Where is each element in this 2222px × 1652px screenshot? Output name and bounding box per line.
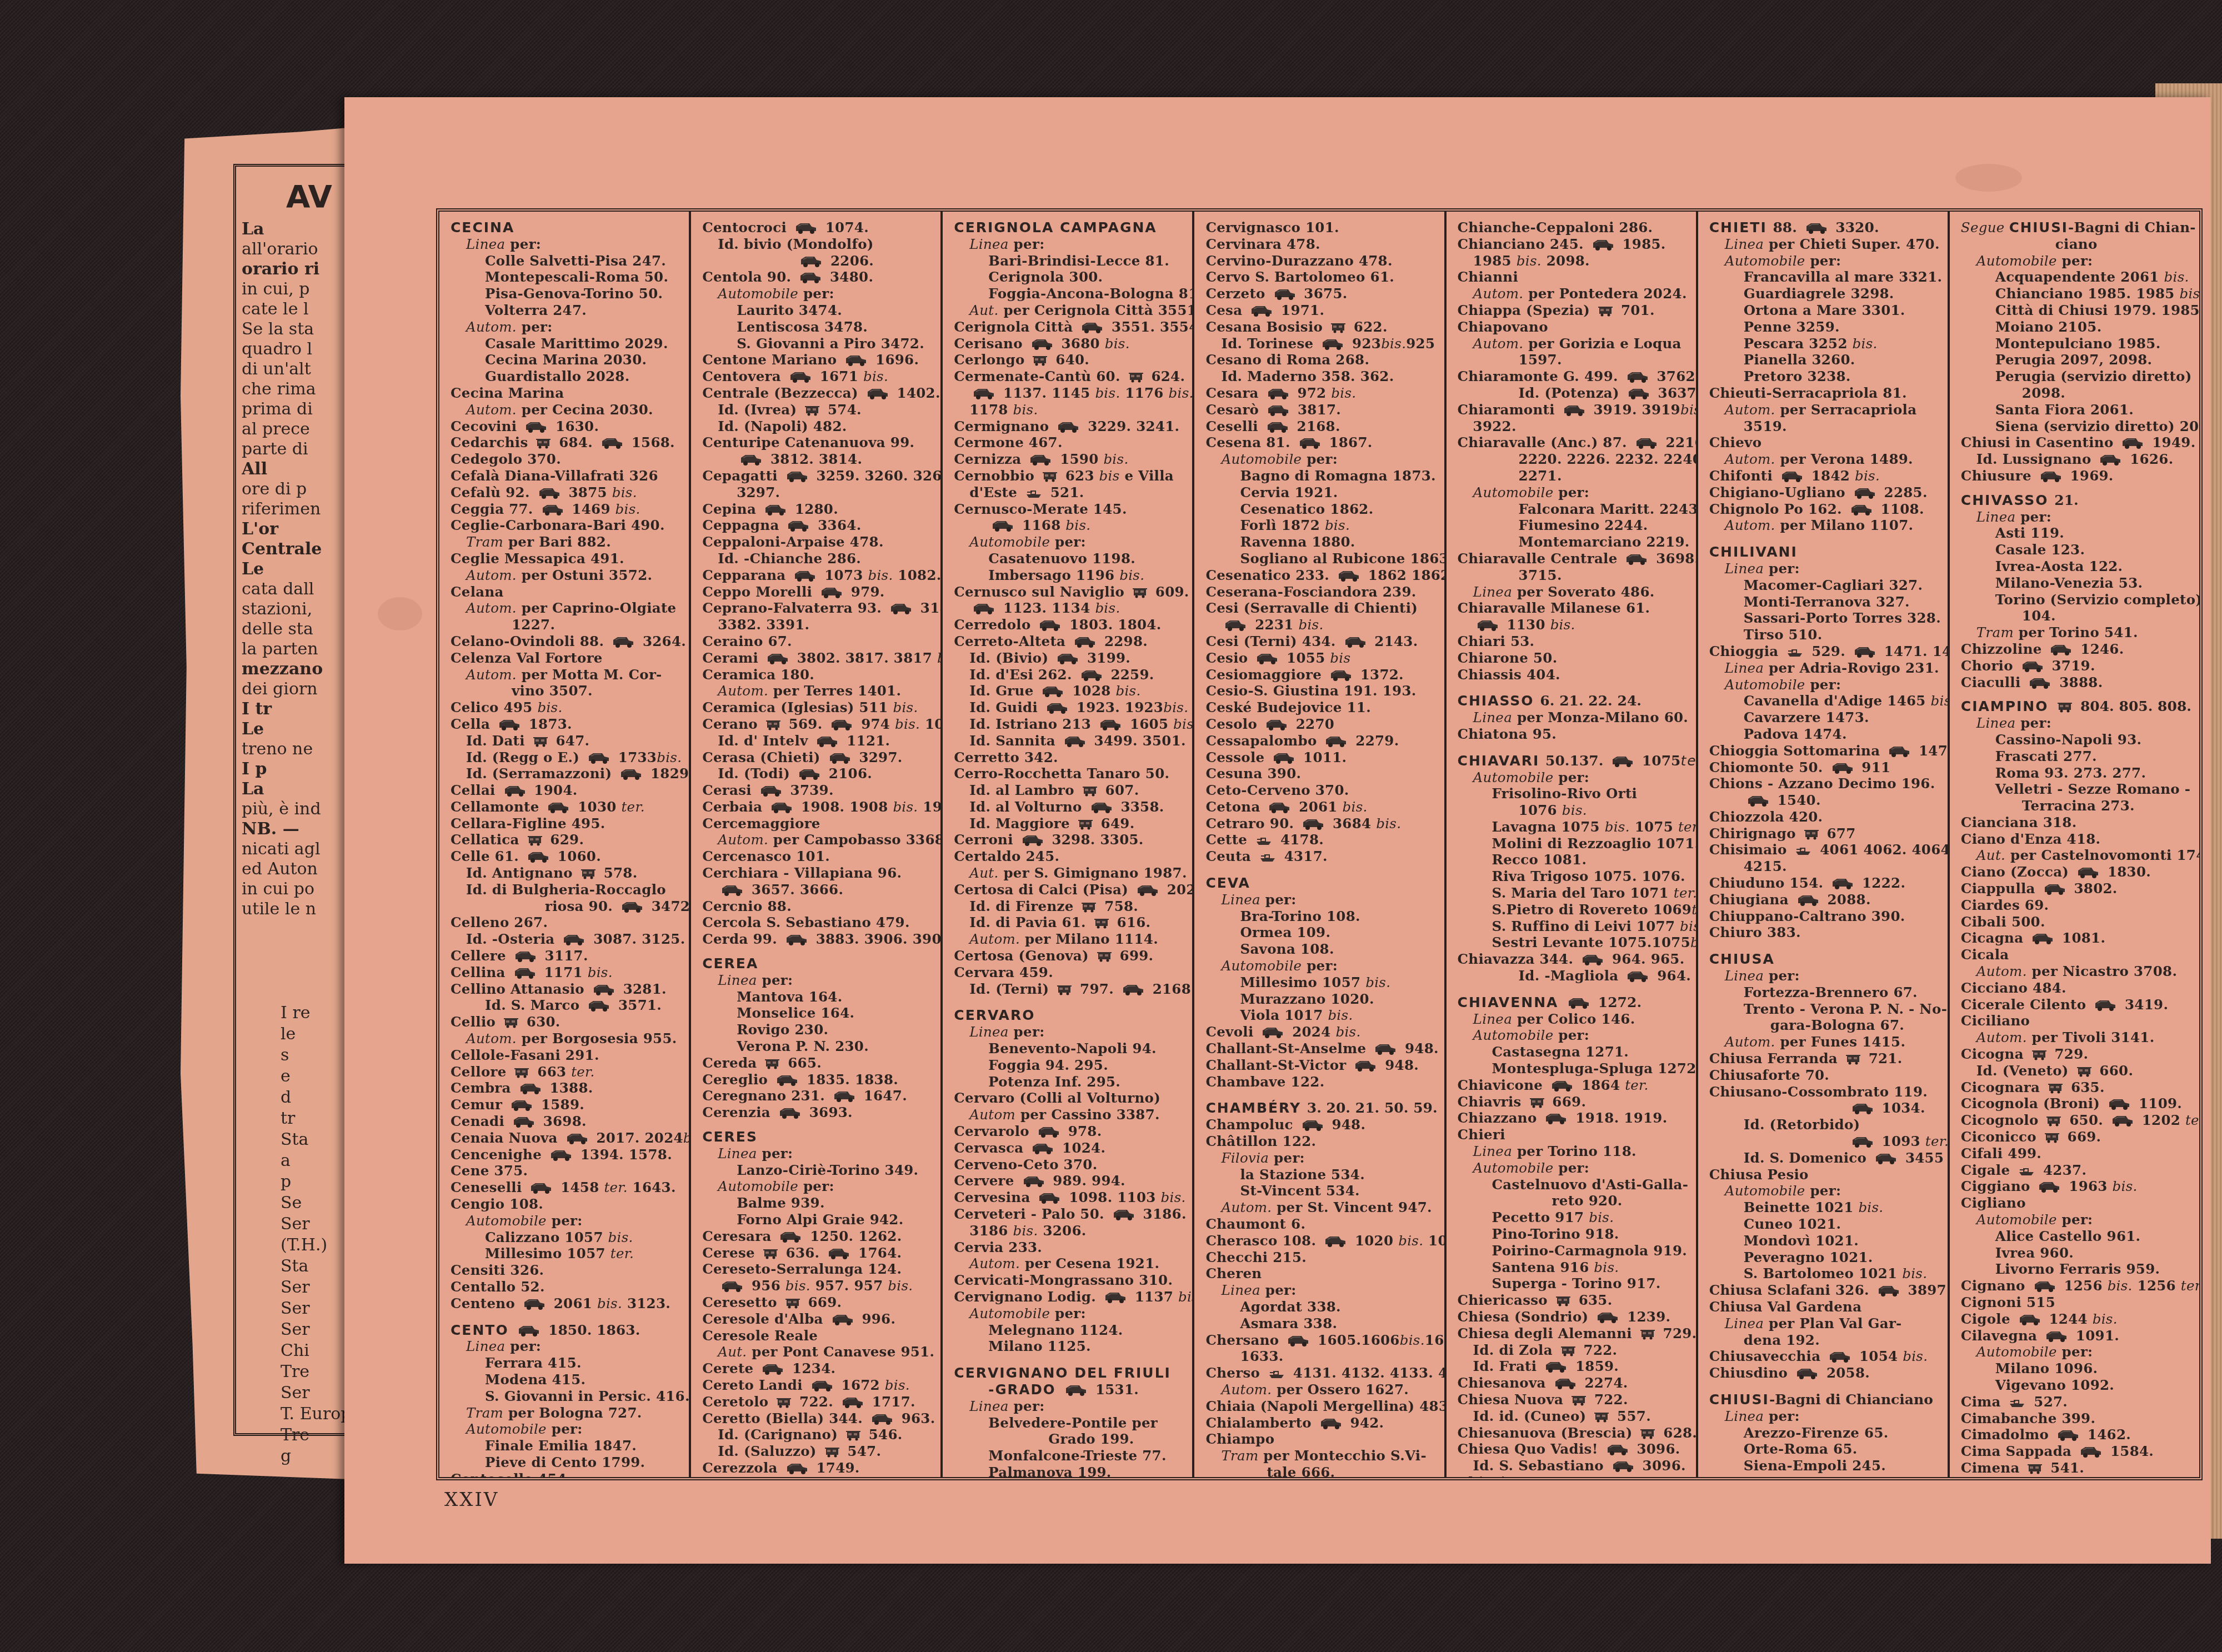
entry-text: Ceraino 67. — [702, 633, 792, 649]
entry-text: Penne 3259. — [1744, 319, 1840, 335]
entry-text: Centuripe Catenanuova 99. — [702, 434, 914, 450]
entry-text: Id. al Volturno — [969, 799, 1087, 815]
index-entry: Cetona 2061 bis. — [1205, 799, 1444, 815]
index-entry: Cesi (Terni) 434. 2143. — [1205, 633, 1444, 650]
index-entry: Chaumont 6. — [1205, 1216, 1444, 1233]
italic-label: bis. — [1105, 336, 1130, 352]
index-subentry: Automobile per: — [1458, 769, 1696, 786]
entry-text: per: — [1553, 484, 1589, 500]
entry-text: Ciano d'Enza 418. — [1961, 831, 2101, 847]
entry-text: Pino-Torino 918. — [1492, 1226, 1619, 1242]
index-entry: Cima Sappada 1584. — [1961, 1443, 2199, 1460]
tramway-icon — [766, 718, 780, 729]
entry-text: Cepparana — [702, 567, 790, 583]
index-subentry: Volterra 247. — [451, 302, 689, 319]
index-entry: Ceuta 4317. — [1205, 848, 1444, 865]
autobus-icon — [1274, 287, 1296, 299]
index-subentry: Automobile per: — [1709, 677, 1948, 693]
entry-text: Cerbaia — [702, 799, 767, 815]
index-subentry: Montepulciano 1985. — [1961, 336, 2199, 352]
entry-text: Ciminna-Baucina 326. — [1961, 1476, 2139, 1477]
entry-text: 663 — [532, 1064, 571, 1080]
entry-text: Chiesa (Sondrio) — [1458, 1309, 1594, 1325]
entry-text: CERVIGNANO DEL FRIULI — [954, 1365, 1171, 1381]
entry-text: Agordat 338. — [1240, 1299, 1341, 1315]
index-subentry: 2271. — [1458, 468, 1696, 484]
autobus-icon — [1065, 1383, 1087, 1395]
entry-text: Poirino-Carmagnola 919. — [1492, 1243, 1688, 1259]
italic-label: Linea — [466, 236, 506, 252]
index-subentry: 2220. 2226. 2232. 2240. 2242. — [1458, 451, 1696, 468]
index-subentry: Id. -Chianche 286. — [702, 550, 940, 567]
entry-text: 1717. — [867, 1394, 915, 1410]
autobus-icon — [1592, 238, 1614, 250]
entry-text: Ciappulla — [1961, 880, 2040, 897]
index-subentry: Tirso 510. — [1709, 627, 1948, 643]
autobus-icon — [1325, 734, 1347, 747]
entry-text: 1643. — [628, 1179, 676, 1195]
entry-text: Chiaravalle Centrale — [1458, 550, 1623, 567]
entry-text: per: — [1764, 560, 1800, 577]
entry-text: Cignano — [1961, 1278, 2030, 1294]
tramway-icon — [536, 436, 551, 447]
entry-text: 3229. 3241. — [1083, 418, 1179, 434]
entry-text: Velletri - Sezze Romano - — [1995, 781, 2190, 797]
italic-label: bis. — [615, 501, 640, 517]
index-subentry: Aut. per Pont Canavese 951. — [702, 1344, 940, 1360]
italic-label: bis. — [1400, 1332, 1425, 1348]
entry-text: Asti 119. — [1995, 525, 2064, 541]
station-heading: CERIGNOLA CAMPAGNA — [954, 219, 1192, 236]
index-entry: Chiesanuova (Brescia) 628. — [1458, 1425, 1696, 1441]
index-subentry: Automobile per: — [954, 534, 1192, 550]
index-subentry: Id. -Magliola 964. — [1458, 968, 1696, 984]
index-subentry: Autom. per Pontedera 2024. — [1458, 286, 1696, 302]
autobus-icon — [2044, 882, 2066, 894]
italic-label: Automobile — [969, 534, 1050, 550]
entry-text: Chianciano 245. — [1458, 236, 1589, 252]
index-entry: Cerroni 3298. 3305. — [954, 832, 1192, 848]
entry-text: 972 — [1293, 385, 1332, 401]
italic-label: bis. — [2164, 269, 2189, 285]
index-column-7: Segue CHIUSI-Bagni di Chian-cianoAutomob… — [1950, 212, 2199, 1477]
autobus-icon — [1612, 1459, 1634, 1471]
index-entry: Cevoli 2024 bis. — [1205, 1024, 1444, 1040]
index-entry: Cernusco-Merate 145. — [954, 501, 1192, 518]
autobus-icon — [1137, 883, 1159, 895]
tramway-icon — [2048, 1081, 2063, 1092]
autobus-icon — [1032, 1142, 1054, 1154]
entry-text: 1171 — [539, 964, 588, 980]
autobus-icon — [593, 983, 615, 995]
index-subentry: Monfalcone-Trieste 77. — [954, 1448, 1192, 1464]
index-entry: Cimena 541. — [1961, 1460, 2199, 1476]
index-subentry: Ortona a Mare 3301. — [1709, 302, 1948, 319]
tramway-icon — [1082, 900, 1096, 911]
entry-text: Chiappa (Spezia) — [1458, 302, 1595, 318]
entry-text: Monti-Terranova 327. — [1744, 594, 1910, 610]
italic-label: Linea — [1725, 1315, 1764, 1331]
index-entry: Ceresole d'Alba 996. — [702, 1311, 940, 1328]
entry-text: Chiusa Ferranda — [1709, 1050, 1843, 1067]
index-subentry: Id. id. (Cuneo) 557. — [1458, 1408, 1696, 1425]
autobus-icon — [800, 254, 822, 267]
entry-text: Cervinara 478. — [1205, 236, 1320, 252]
italic-label: bis. — [1163, 699, 1188, 715]
entry-text: 1985 — [1473, 253, 1517, 269]
entry-text: per Bologna 727. — [503, 1405, 642, 1421]
index-subentry: Automobile per: — [1961, 1212, 2199, 1228]
entry-text: 1626. — [2125, 451, 2173, 467]
index-entry: Cesi (Serravalle di Chienti) — [1205, 600, 1444, 617]
index-entry: Chiusdino 2058. — [1709, 1365, 1948, 1381]
index-subentry: Frisolino-Rivo Orti — [1458, 785, 1696, 802]
index-entry: Cernizza 1590 bis. — [954, 451, 1192, 468]
autobus-icon — [2121, 436, 2144, 448]
entry-text: 630. — [522, 1014, 560, 1030]
entry-text: 669. — [803, 1294, 842, 1310]
index-entry: Cernobbio 623 bis e Villa — [954, 468, 1192, 484]
entry-text: 923 — [1347, 336, 1381, 352]
index-entry: Chiesa degli Alemanni 729. — [1458, 1325, 1696, 1342]
index-subentry: Milano 1125. — [954, 1338, 1192, 1355]
autobus-icon — [1551, 1079, 1573, 1091]
entry-text: 1108. — [1876, 501, 1924, 517]
entry-text: per Verona 1489. — [1775, 451, 1913, 467]
entry-text: Id. (Terni) — [969, 981, 1054, 997]
index-entry: Ceneselli 1458 ter. 1643. — [451, 1179, 689, 1196]
index-entry: Chiesanova 2274. — [1458, 1375, 1696, 1391]
entry-text: Beinette 1021 — [1744, 1199, 1859, 1215]
entry-text: Trento - Verona P. N. - No- — [1744, 1001, 1947, 1017]
entry-text: per Milano 1114. — [1020, 931, 1158, 947]
index-entry: Centone Mariano 1696. — [702, 352, 940, 368]
entry-text: 1222. — [1857, 875, 1905, 891]
entry-text: Torino (Servizio completo) — [1995, 592, 2199, 608]
entry-text: 3297. — [854, 749, 903, 765]
entry-text: per: — [1269, 1150, 1305, 1166]
entry-text: 1904. — [529, 782, 578, 798]
italic-label: bis. — [612, 484, 637, 500]
index-entry: Ceprano-Falvaterra 93. 3183. — [702, 600, 940, 617]
entry-text: 628. — [1658, 1425, 1697, 1441]
entry-text: Cerisano — [954, 336, 1027, 352]
entry-text: Ciano (Zocca) — [1961, 864, 2074, 880]
italic-label: Linea — [1473, 709, 1513, 725]
index-entry: Chiavris 669. — [1458, 1094, 1696, 1110]
autobus-icon — [1854, 645, 1876, 657]
index-subentry: Autom. per Cesena 1921. — [954, 1255, 1192, 1272]
entry-text: Chiericasso — [1458, 1292, 1553, 1308]
autobus-icon — [1267, 420, 1289, 432]
entry-text: Id. Istriano 213 — [969, 716, 1096, 732]
entry-text: per: — [757, 972, 793, 988]
autobus-icon — [1354, 1059, 1377, 1071]
entry-text: 609. — [1150, 584, 1189, 600]
italic-label: Autom. — [1976, 963, 2027, 979]
index-subentry: Orte-Roma 65. — [1709, 1441, 1948, 1458]
autobus-icon — [542, 503, 564, 515]
italic-label: Autom. — [466, 667, 517, 683]
entry-text: 1733 — [613, 749, 657, 765]
index-entry: Cicognolo 650. 1202 ter. — [1961, 1112, 2199, 1129]
entry-text: Cassino-Napoli 93. — [1995, 732, 2142, 748]
index-subentry: Id. al Lambro 607. — [954, 782, 1192, 799]
italic-label: bis. — [1161, 1189, 1186, 1205]
index-entry: Cetraro 90. 3684 bis. — [1205, 815, 1444, 832]
entry-text: Cellatica — [451, 832, 524, 848]
italic-label: bis. — [1328, 1007, 1353, 1023]
entry-text: Cerete — [702, 1360, 758, 1376]
entry-text: 1239. — [1622, 1309, 1670, 1325]
entry-text: 3087. 3125. — [588, 931, 685, 947]
autobus-icon — [787, 519, 809, 531]
autobus-icon — [2021, 659, 2044, 672]
entry-text: S. Maria del Taro 1071 — [1492, 885, 1674, 901]
entry-text: 2271. — [1519, 468, 1562, 484]
entry-text: Cerenzia — [702, 1104, 775, 1120]
entry-text: 963. 968. — [897, 1410, 943, 1426]
index-entry: Ciminna-Baucina 326. 3903 — [1961, 1476, 2199, 1477]
index-entry: Chiomonte 50. 911 — [1709, 759, 1948, 776]
italic-label: Filovia — [1221, 1150, 1269, 1166]
italic-label: Autom. — [1976, 1029, 2027, 1045]
entry-text: 3382. 3391. — [718, 617, 809, 633]
entry-text: 1168 — [1017, 517, 1065, 533]
entry-text: Id. -Chianche 286. — [718, 550, 861, 567]
table-numbers: 6. 21. 22. 24. — [1540, 693, 1642, 709]
table-numbers: 88. — [1773, 219, 1801, 236]
entry-text: Cellere — [451, 948, 511, 964]
entry-text: 3802. — [2069, 880, 2118, 897]
entry-text: Chiuro 383. — [1709, 924, 1801, 940]
tramway-icon — [1846, 1052, 1860, 1063]
entry-text: 3117. — [540, 948, 588, 964]
autobus-icon — [1080, 668, 1103, 680]
entry-text: Cembra — [451, 1080, 516, 1096]
entry-text: CERVARO — [954, 1007, 1035, 1023]
autobus-icon — [2111, 1114, 2134, 1126]
index-subentry: Autom. per Campobasso 3368. — [702, 832, 940, 848]
entry-text: Cerda 99. — [702, 931, 782, 947]
index-subentry: S. Giovanni a Piro 3472. — [702, 336, 940, 352]
entry-text: Guardiagrele 3298. — [1744, 286, 1894, 302]
italic-label: bis. — [657, 749, 682, 765]
entry-text: 722. — [1579, 1342, 1618, 1358]
entry-text: Id. (Veneto) — [1976, 1063, 2074, 1079]
index-subentry: Linea per: — [1709, 1408, 1948, 1425]
entry-text: Cellore — [451, 1064, 511, 1080]
index-entry: Ceserana-Fosciandora 239. — [1205, 584, 1444, 600]
index-subentry: Id. d'Esi 262. 2259. — [954, 667, 1192, 683]
entry-text: Cerese — [702, 1245, 760, 1261]
page-number: XXIV — [444, 1489, 499, 1511]
entry-text: Superga - Torino 917. — [1492, 1275, 1661, 1291]
entry-text: per Motta M. Cor- — [517, 667, 662, 683]
autobus-icon — [2108, 1097, 2130, 1109]
index-entry: Cicogna 729. — [1961, 1046, 2199, 1063]
italic-label: ter. — [2185, 1112, 2199, 1128]
index-entry: Chiusa Pesio — [1709, 1167, 1948, 1183]
index-subentry: Cervia 1921. — [1205, 484, 1444, 501]
index-entry: Cheren — [1205, 1265, 1444, 1282]
italic-label: Automobile — [718, 286, 798, 302]
entry-text: per: — [2015, 509, 2051, 525]
index-entry: Chiari 53. — [1458, 633, 1696, 650]
index-subentry: 3186 bis. 3206. — [954, 1223, 1192, 1239]
entry-text: 1256 — [2133, 1278, 2181, 1294]
italic-label: bis. — [2108, 1278, 2133, 1294]
entry-text: per Cecina 2030. — [517, 402, 653, 418]
index-entry: Cellai 1904. — [451, 782, 689, 799]
autobus-icon — [1042, 684, 1064, 697]
index-subentry: 3519. — [1709, 418, 1948, 435]
entry-text: Id. Dati — [466, 733, 530, 749]
entry-text: 660. — [2095, 1063, 2134, 1079]
entry-text: 3186 — [969, 1223, 1013, 1239]
entry-text: Cimena — [1961, 1460, 2025, 1476]
index-subentry: 3922. — [1458, 418, 1696, 435]
italic-label: Autom. — [1473, 286, 1524, 302]
entry-text: Cima — [1961, 1394, 2006, 1410]
entry-text: per Montecchio S.Vi- — [1259, 1448, 1427, 1464]
index-subentry: Id. (Serramazzoni) 1829. — [451, 765, 689, 782]
autobus-icon — [2019, 1313, 2041, 1325]
entry-text: Cavanella d'Adige 1465 — [1744, 693, 1931, 709]
entry-text: Id. Lussignano — [1976, 451, 2096, 467]
entry-text: Casale Marittimo 2029. — [485, 336, 668, 352]
index-entry: Cigliano — [1961, 1195, 2199, 1212]
index-subentry: Automobile per: — [451, 1213, 689, 1229]
tramway-icon — [2058, 700, 2072, 711]
entry-text: 3199. — [1082, 650, 1130, 666]
autobus-icon — [1797, 893, 1819, 905]
italic-label: Automobile — [1221, 958, 1302, 974]
entry-text: Ortona a Mare 3301. — [1744, 302, 1905, 318]
autobus-icon — [890, 602, 912, 614]
autobus-icon — [514, 949, 537, 962]
index-entry: Cervesina 1098. 1103 bis. — [954, 1189, 1192, 1206]
entry-text: 1923. 1923 — [1072, 699, 1163, 715]
index-subentry: Cerignola 300. — [954, 269, 1192, 286]
italic-label: bis. — [1381, 336, 1406, 352]
entry-text: Asmara 338. — [1240, 1315, 1337, 1331]
entry-text: 3519. — [1744, 418, 1787, 434]
entry-text: per: — [1009, 1398, 1045, 1414]
table-numbers: 50.137. — [1545, 753, 1608, 769]
entry-text: 1971. — [1276, 302, 1324, 318]
entry-text: Mondovì 1021. — [1744, 1233, 1859, 1249]
index-subentry: Cavarzere 1473. — [1709, 709, 1948, 726]
index-entry: Cicala — [1961, 947, 2199, 963]
entry-text: Cerveno-Ceto 370. — [954, 1157, 1097, 1173]
index-entry: Centocelle 454. — [451, 1471, 689, 1477]
italic-label: Tram — [1221, 1448, 1258, 1464]
index-subentry: 2098. — [1961, 385, 2199, 402]
entry-text: Ceglie Messapica 491. — [451, 550, 624, 567]
italic-label: bis. — [1903, 1348, 1928, 1364]
entry-text: 722. — [1589, 1391, 1628, 1408]
index-entry: Centuripe Catenanuova 99. — [702, 434, 940, 451]
index-entry: Chigiano-Ugliano 2285. — [1709, 484, 1948, 501]
entry-text: 1830. — [2103, 864, 2151, 880]
entry-text: Challant-St-Anselme — [1205, 1040, 1371, 1057]
index-entry: Chiassis 404. — [1458, 667, 1696, 683]
entry-text: d'Este — [969, 484, 1022, 500]
autobus-icon — [566, 1132, 588, 1144]
entry-text: Chiugiana — [1709, 892, 1794, 908]
entry-text: 607. — [1100, 782, 1139, 798]
index-entry: Cengio 108. — [451, 1196, 689, 1213]
autobus-icon — [721, 883, 743, 895]
index-entry: Cicognara 635. — [1961, 1079, 2199, 1096]
entry-text: Celleno 267. — [451, 914, 548, 930]
index-entry: Cesiomaggiore 1372. — [1205, 667, 1444, 683]
index-entry: Chersano 1605.1606bis.1623. — [1205, 1332, 1444, 1349]
italic-label: bis. — [1178, 1289, 1194, 1305]
index-subentry: Id. -Osteria 3087. 3125. — [451, 931, 689, 948]
autobus-icon — [588, 751, 610, 763]
tramway-icon — [2045, 1130, 2059, 1142]
entry-text: gara-Bologna 67. — [1770, 1017, 1904, 1033]
index-subentry: Id. (Terni) 797. 2168 — [954, 981, 1192, 998]
tramway-icon — [1033, 353, 1047, 364]
entry-text: Laurito 3474. — [737, 302, 842, 318]
index-entry: Centola 90. 3480. — [702, 269, 940, 286]
index-entry: Cerisano 3680 bis. — [954, 336, 1192, 352]
index-subentry: Id. bivio (Mondolfo) — [702, 236, 940, 253]
entry-text: 3762. — [1652, 368, 1698, 384]
index-subentry: Id. Guidi 1923. 1923bis. — [954, 699, 1192, 716]
autobus-icon — [1057, 652, 1079, 664]
italic-label: Autom. — [466, 567, 517, 583]
entry-text: Potenza Inf. 295. — [988, 1074, 1120, 1090]
entry-text: Cene 375. — [451, 1163, 528, 1179]
station-heading: CHIAVENNA 1272. — [1458, 994, 1696, 1011]
italic-label: Autom. — [1725, 1034, 1775, 1050]
entry-text: Celico 495 — [451, 699, 537, 715]
entry-text: Millesimo 1057 — [1240, 974, 1365, 990]
entry-text: Cigole — [1961, 1311, 2015, 1327]
index-entry: Cerzeto 3675. — [1205, 286, 1444, 302]
italic-label: bis. — [608, 1229, 633, 1245]
entry-text: 3298. 3305. — [1047, 832, 1144, 848]
entry-text: per Pontedera 2024. — [1523, 286, 1686, 302]
entry-text: per S. Gimignano 1987. — [999, 865, 1187, 881]
autobus-icon — [1113, 1208, 1135, 1220]
autobus-icon — [799, 271, 822, 283]
autobus-icon — [498, 718, 521, 730]
index-entry: Cilavegna 1091. — [1961, 1328, 2199, 1344]
entry-text: Castelnuovo d'Asti-Galla- — [1492, 1177, 1689, 1193]
index-subentry: S.Pietro di Rovereto 1069ter — [1458, 902, 1696, 918]
entry-text: per: — [1553, 1027, 1589, 1043]
italic-label: Automobile — [1473, 484, 1554, 500]
entry-text: 2088. — [1823, 892, 1871, 908]
entry-text: Certosa di Calci (Pisa) — [954, 882, 1133, 898]
entry-text: Cepagatti — [702, 468, 783, 484]
index-entry: Cercemaggiore — [702, 815, 940, 832]
entry-text: 677 — [1822, 825, 1856, 842]
autobus-icon — [601, 436, 623, 448]
autobus-icon — [721, 1279, 743, 1291]
entry-text: Chiusa Pesio — [1709, 1167, 1809, 1183]
index-subentry: Calizzano 1057 bis. — [451, 1229, 689, 1246]
index-subentry: Autom. per Ostuni 3572. — [451, 567, 689, 584]
index-subentry: Id. (Todi) 2106. — [702, 765, 940, 782]
table-numbers: -Bagni di Chianciano — [1769, 1391, 1933, 1408]
index-entry: Cicagna 1081. — [1961, 930, 2199, 947]
